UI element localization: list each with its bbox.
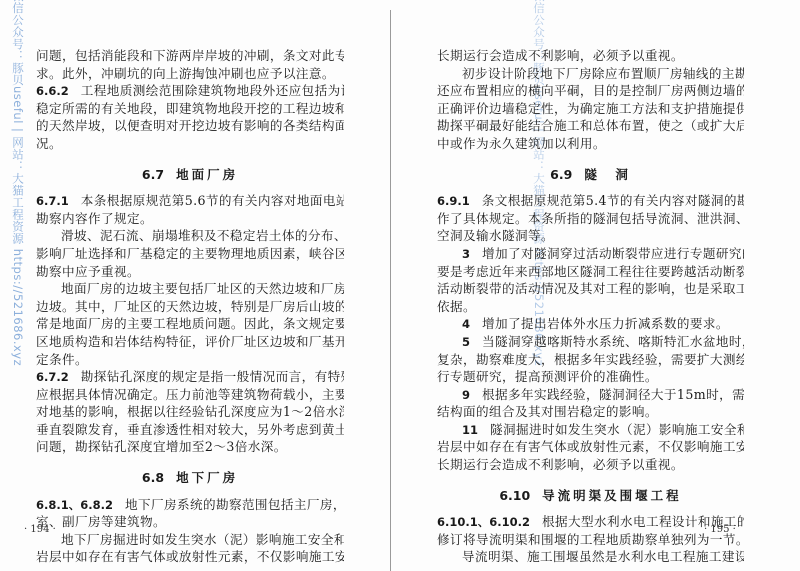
text-line: 勘察中应予重视。 <box>36 263 344 281</box>
text-line: 行专题研究，提高预测评价的准确性。 <box>437 368 744 386</box>
line-text: 对地基的影响，根据以往经验钻孔深度应为1～2倍水深。黄土因 <box>36 404 344 419</box>
line-text: 行专题研究，提高预测评价的准确性。 <box>437 369 658 384</box>
page-number-194: · 194 · <box>24 524 56 535</box>
section-number: 6.10 <box>499 488 530 503</box>
watermark-left: 微信公众号：豚贝useful | 网站：大猫工程资源 https://52168… <box>10 0 26 366</box>
line-text: 根据多年实践经验，隧洞洞径大于15m时，需分部位研究 <box>482 387 744 402</box>
right-page: 微信公众号：豚贝useful | 网站：大猫工程资源 https://52168… <box>391 0 800 571</box>
section-heading: 6.10导流明渠及围堰工程 <box>437 487 744 505</box>
line-text: 定条件。 <box>36 352 88 367</box>
line-text: 增加了提出岩体外水压力折减系数的要求。 <box>482 316 729 331</box>
line-text: 要是考虑近年来西部地区隧洞工程往往要跨越活动断裂带，评价 <box>437 264 744 279</box>
text-line: 勘探平硐最好能结合施工和总体布置，使之（或扩大后）能在施工 <box>437 117 744 135</box>
page-number-195: · 195 · <box>704 524 736 535</box>
line-text: 求。此外，冲刷坑的向上游掏蚀冲刷也应予以注意。 <box>36 66 335 81</box>
clause-line: 6.7.2勘探钻孔深度的规定是指一般情况而言，有特殊需要时 <box>36 368 344 386</box>
line-text: 勘探平硐最好能结合施工和总体布置，使之（或扩大后）能在施工 <box>437 118 744 133</box>
text-line: 况。 <box>36 135 344 153</box>
line-text: 勘察中应予重视。 <box>36 264 140 279</box>
clause-number: 4 <box>462 317 470 331</box>
text-line: 问题，包括消能段和下游两岸岸坡的冲刷，条文对此专门提出了要 <box>36 47 344 65</box>
line-text: 依据。 <box>437 299 476 314</box>
line-text: 勘察内容作了规定。 <box>36 211 153 226</box>
line-text: 长期运行会造成不利影响，必须予以重视。 <box>437 457 684 472</box>
line-text: 问题，勘探钻孔深度宜增加至2～3倍水深。 <box>36 439 287 454</box>
clause-number: 6.8.1、6.8.2 <box>36 498 113 512</box>
line-text: 本条根据原规范第5.6节的有关内容对地面电站厂房的 <box>81 193 344 208</box>
line-text: 增加了对隧洞穿过活动断裂带应进行专题研究的规定，主 <box>482 246 744 261</box>
text-line: 要是考虑近年来西部地区隧洞工程往往要跨越活动断裂带，评价 <box>437 263 744 281</box>
section-heading: 6.9隧 洞 <box>437 166 744 184</box>
clause-number: 6.7.1 <box>36 194 69 208</box>
clause-number: 9 <box>462 388 470 402</box>
section-number: 6.8 <box>142 470 164 485</box>
line-text: 况。 <box>36 136 62 151</box>
text-line: 还应布置相应的横向平硐，目的是控制厂房两侧边墙的地质条件， <box>437 82 744 100</box>
clause-number: 6.6.2 <box>36 84 69 98</box>
clause-line: 6.8.1、6.8.2地下厂房系统的勘察范围包括主厂房，主变压器 <box>36 496 344 514</box>
text-line: 活动断裂带的活动情况及其对工程的影响，也是采取工程措施的 <box>437 280 744 298</box>
clause-number: 6.7.2 <box>36 370 69 384</box>
section-title: 导流明渠及围堰工程 <box>542 488 682 503</box>
text-line: 复杂，勘察难度大，根据多年实践经验，需要扩大测绘范围，并应进 <box>437 351 744 369</box>
text-line: 正确评价边墙稳定性，为确定施工方法和支护措施提供地质资料。 <box>437 100 744 118</box>
line-text: 应根据具体情况确定。压力前池等建筑物荷载小，主要是渗水后 <box>36 387 344 402</box>
text-line: 修订将导流明渠和围堰的工程地质勘察单独列为一节。 <box>437 531 744 549</box>
clause-number: 5 <box>462 335 470 349</box>
line-text: 初步设计阶段地下厂房除应布置顺厂房轴线的主勘平硐外， <box>462 66 744 81</box>
line-text: 中或作为永久建筑加以利用。 <box>437 136 606 151</box>
clause-line: 11隧洞掘进时如发生突水（泥）影响施工安全和施工进度， <box>437 421 744 439</box>
line-text: 正确评价边墙稳定性，为确定施工方法和支护措施提供地质资料。 <box>437 101 744 116</box>
clause-number: 11 <box>462 423 478 437</box>
section-title: 地面厂房 <box>176 167 238 182</box>
line-text: 空洞及输水隧洞等。 <box>437 228 554 243</box>
line-text: 地下厂房系统的勘察范围包括主厂房，主变压器 <box>125 497 344 512</box>
line-text: 复杂，勘察难度大，根据多年实践经验，需要扩大测绘范围，并应进 <box>437 352 744 367</box>
text-line: 求。此外，冲刷坑的向上游掏蚀冲刷也应予以注意。 <box>36 65 344 83</box>
line-text: 垂直裂隙发育，垂直渗透性相对较大，另外考虑到黄土特有的湿陷 <box>36 422 344 437</box>
text-line: 导流明渠、施工围堰虽然是水利水电工程施工建设的临时性 <box>437 548 744 566</box>
section-number: 6.7 <box>142 167 164 182</box>
line-text: 导流明渠、施工围堰虽然是水利水电工程施工建设的临时性 <box>462 549 744 564</box>
text-line: 岩层中如存在有害气体或放射性元素，不仅影响施工安全而且对 <box>437 438 744 456</box>
text-line: 地下厂房掘进时如发生突水（泥）影响施工安全和施工进度， <box>36 531 344 549</box>
line-text: 的天然岸坡，以便查明对开挖边坡有影响的各类结构面的情 <box>36 118 344 133</box>
text-line: 长期运行会造成不利影响，必须予以重视。 <box>437 456 744 474</box>
section-number: 6.9 <box>550 167 572 182</box>
text-line: 问题，勘探钻孔深度宜增加至2～3倍水深。 <box>36 438 344 456</box>
line-text: 长期运行会造成不利影响，必须予以重视。 <box>437 48 684 63</box>
right-page-text: 长期运行会造成不利影响，必须予以重视。初步设计阶段地下厂房除应布置顺厂房轴线的主… <box>437 47 744 566</box>
line-text: 常是地面厂房的主要工程地质问题。因此，条文规定要查明厂址 <box>36 316 344 331</box>
text-line: 依据。 <box>437 298 744 316</box>
section-title: 隧 洞 <box>584 167 631 182</box>
line-text: 还应布置相应的横向平硐，目的是控制厂房两侧边墙的地质条件， <box>437 83 744 98</box>
line-text: 勘探钻孔深度的规定是指一般情况而言，有特殊需要时 <box>81 369 344 384</box>
line-text: 地下厂房掘进时如发生突水（泥）影响施工安全和施工进度， <box>61 532 344 547</box>
text-line: 垂直裂隙发育，垂直渗透性相对较大，另外考虑到黄土特有的湿陷 <box>36 421 344 439</box>
line-text: 边坡。其中，厂址区的天然边坡，特别是厂房后山坡的高边坡，常 <box>36 299 344 314</box>
line-text: 滑坡、泥石流、崩塌堆积及不稳定岩土体的分布、规模，常常是 <box>61 228 344 243</box>
text-line: 区地质构造和岩体结构特征，评价厂址区边坡和厂基开挖边坡稳 <box>36 333 344 351</box>
text-line: 滑坡、泥石流、崩塌堆积及不稳定岩土体的分布、规模，常常是 <box>36 227 344 245</box>
left-page-text: 问题，包括消能段和下游两岸岸坡的冲刷，条文对此专门提出了要求。此外，冲刷坑的向上… <box>36 47 344 566</box>
text-line: 常是地面厂房的主要工程地质问题。因此，条文规定要查明厂址 <box>36 315 344 333</box>
line-text: 稳定所需的有关地段，即建筑物地段开挖的工程边坡和冲刷区等 <box>36 101 344 116</box>
line-text: 隧洞掘进时如发生突水（泥）影响施工安全和施工进度， <box>490 422 744 437</box>
line-text: 地面厂房的边坡主要包括厂址区的天然边坡和厂房地基开挖 <box>61 281 344 296</box>
text-line: 室、副厂房等建筑物。 <box>36 513 344 531</box>
text-line: 边坡。其中，厂址区的天然边坡，特别是厂房后山坡的高边坡，常 <box>36 298 344 316</box>
clause-line: 6.10.1、6.10.2根据大型水利水电工程设计和施工的需要，本次 <box>437 513 744 531</box>
line-text: 工程地质测绘范围除建筑物地段外还应包括为论证岸坡 <box>81 83 344 98</box>
clause-line: 6.9.1条文根据原规范第5.4节的有关内容对隧洞的勘察内容 <box>437 192 744 210</box>
text-line: 中或作为永久建筑加以利用。 <box>437 135 744 153</box>
left-page: 微信公众号：豚贝useful | 网站：大猫工程资源 https://52168… <box>0 0 390 571</box>
line-text: 问题，包括消能段和下游两岸岸坡的冲刷，条文对此专门提出了要 <box>36 48 344 63</box>
section-heading: 6.8地下厂房 <box>36 469 344 487</box>
clause-number: 6.10.1、6.10.2 <box>437 515 530 529</box>
text-line: 初步设计阶段地下厂房除应布置顺厂房轴线的主勘平硐外， <box>437 65 744 83</box>
clause-line: 6.6.2工程地质测绘范围除建筑物地段外还应包括为论证岸坡 <box>36 82 344 100</box>
line-text: 活动断裂带的活动情况及其对工程的影响，也是采取工程措施的 <box>437 281 744 296</box>
section-title: 地下厂房 <box>176 470 238 485</box>
text-line: 勘察内容作了规定。 <box>36 210 344 228</box>
text-line: 地面厂房的边坡主要包括厂址区的天然边坡和厂房地基开挖 <box>36 280 344 298</box>
clause-number: 6.9.1 <box>437 194 470 208</box>
line-text: 修订将导流明渠和围堰的工程地质勘察单独列为一节。 <box>437 532 744 547</box>
clause-number: 3 <box>462 247 470 261</box>
line-text: 当隧洞穿越喀斯特水系统、喀斯特汇水盆地时，地质条件 <box>482 334 744 349</box>
line-text: 作了具体规定。本条所指的隧洞包括导流洞、泄洪洞、引水洞、放 <box>437 211 744 226</box>
section-heading: 6.7地面厂房 <box>36 166 344 184</box>
text-line: 岩层中如存在有害气体或放射性元素，不仅影响施工安全而且对 <box>36 548 344 566</box>
text-line: 应根据具体情况确定。压力前池等建筑物荷载小，主要是渗水后 <box>36 386 344 404</box>
clause-line: 4增加了提出岩体外水压力折减系数的要求。 <box>437 315 744 333</box>
text-line: 空洞及输水隧洞等。 <box>437 227 744 245</box>
line-text: 岩层中如存在有害气体或放射性元素，不仅影响施工安全而且对 <box>36 549 344 564</box>
clause-line: 9根据多年实践经验，隧洞洞径大于15m时，需分部位研究 <box>437 386 744 404</box>
line-text: 影响厂址选择和厂基稳定的主要物理地质因素，峡谷区尤为突出， <box>36 246 344 261</box>
text-line: 长期运行会造成不利影响，必须予以重视。 <box>437 47 744 65</box>
clause-line: 5当隧洞穿越喀斯特水系统、喀斯特汇水盆地时，地质条件 <box>437 333 744 351</box>
line-text: 岩层中如存在有害气体或放射性元素，不仅影响施工安全而且对 <box>437 439 744 454</box>
clause-line: 3增加了对隧洞穿过活动断裂带应进行专题研究的规定，主 <box>437 245 744 263</box>
text-line: 的天然岸坡，以便查明对开挖边坡有影响的各类结构面的情 <box>36 117 344 135</box>
clause-line: 6.7.1本条根据原规范第5.6节的有关内容对地面电站厂房的 <box>36 192 344 210</box>
text-line: 作了具体规定。本条所指的隧洞包括导流洞、泄洪洞、引水洞、放 <box>437 210 744 228</box>
line-text: 条文根据原规范第5.4节的有关内容对隧洞的勘察内容 <box>482 193 744 208</box>
text-line: 影响厂址选择和厂基稳定的主要物理地质因素，峡谷区尤为突出， <box>36 245 344 263</box>
line-text: 区地质构造和岩体结构特征，评价厂址区边坡和厂基开挖边坡稳 <box>36 334 344 349</box>
text-line: 定条件。 <box>36 351 344 369</box>
text-line: 稳定所需的有关地段，即建筑物地段开挖的工程边坡和冲刷区等 <box>36 100 344 118</box>
text-line: 结构面的组合及其对围岩稳定的影响。 <box>437 403 744 421</box>
text-line: 对地基的影响，根据以往经验钻孔深度应为1～2倍水深。黄土因 <box>36 403 344 421</box>
line-text: 结构面的组合及其对围岩稳定的影响。 <box>437 404 658 419</box>
